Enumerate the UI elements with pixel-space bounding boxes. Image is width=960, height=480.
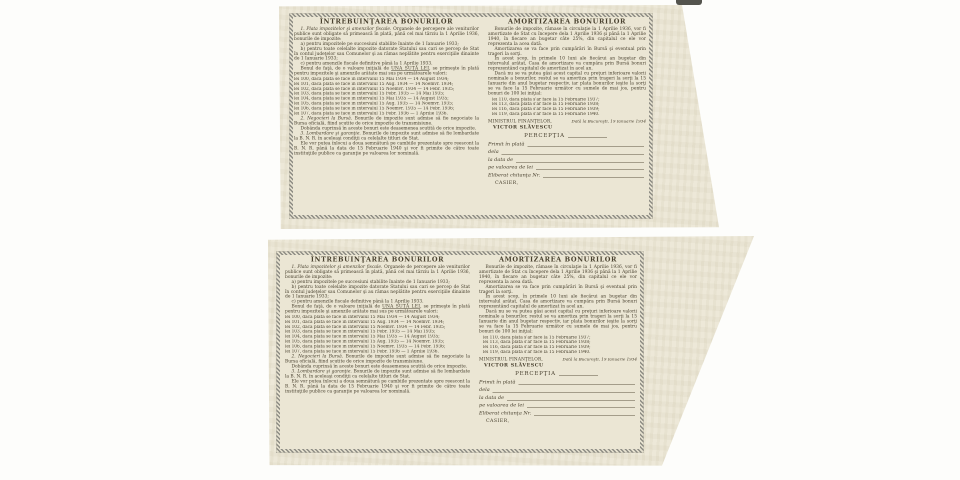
bond-document-bottom: ÎNTREBUINŢAREA BONURILOR 1. Plata impozi… [268,236,755,467]
paragraph-taxes: 1. Plata impozitelor şi amenzilor fiscal… [285,265,470,280]
paragraph-face-value: Bonul de faţă, de o valoare iniţială de … [294,67,479,77]
perceptia-header: PERCEPŢIA [488,132,643,139]
paragraph-amortization: Bonurile de impozite, rămase în circulaţ… [479,265,637,285]
form-blank-line [527,146,644,147]
paragraph-taxes: 1. Plata impozitelor şi amenzilor fiscal… [294,27,479,42]
amortization-column-title: AMORTIZAREA BONURILOR [488,18,646,26]
form-blank-line [536,169,644,170]
minister-title-label: MINISTRUL FINANŢELOR, [479,357,543,362]
amortization-column-title: AMORTIZAREA BONURILOR [479,256,637,264]
redemption-schedule: lei 110, dacă plata s'ar face la 15 Febr… [479,335,637,355]
form-blank-line [516,161,644,162]
perceptia-blank-line [568,136,607,137]
form-field-row: dela [479,386,637,394]
signature-row: MINISTRUL FINANŢELOR, Dată la Bucureşti,… [479,356,637,362]
form-field-row: Primit în plată [479,378,637,386]
bond-document-top: ÎNTREBUINŢAREA BONURILOR 1. Plata impozi… [279,5,719,229]
paragraph-lombard: 3. Lombardare şi garanţie. Bonurile de i… [294,132,479,142]
form-field-label: pe valoarea de lei [488,164,533,172]
usage-column-title: ÎNTREBUINŢAREA BONURILOR [285,256,470,264]
minister-signature: VICTOR SLĂVESCU [484,362,637,368]
form-field-row: Eliberat chitanţa Nr. [488,171,646,179]
form-field-label: dela [488,148,499,156]
issue-place-date: Dată la Bucureşti, 19 Ianuarie 1934 [563,356,637,361]
paragraph-face-value: Bonul de faţă, de o valoare iniţială de … [285,305,470,315]
form-field-label: Eliberat chitanţa Nr. [488,171,540,179]
perceptia-title: PERCEPŢIA [515,370,556,377]
paragraph-amortization: Bonurile de impozite, rămase în circulaţ… [488,27,646,47]
form-blank-line [527,407,635,408]
amortization-column: AMORTIZAREA BONURILOR Bonurile de impozi… [488,18,646,218]
usage-column: ÎNTREBUINŢAREA BONURILOR 1. Plata impozi… [294,18,479,218]
usage-column: ÎNTREBUINŢAREA BONURILOR 1. Plata impozi… [285,256,470,456]
form-blank-line [493,392,635,393]
form-field-label: la data de [488,156,513,164]
minister-signature: VICTOR SLĂVESCU [493,124,646,130]
issue-place-date: Dată la Bucureşti, 19 Ianuarie 1934 [572,118,646,123]
redemption-line: lei 119, dacă plata s'ar face la 15 Febr… [479,350,637,355]
form-field-row: Primit în plată [488,140,646,148]
form-field-label: dela [479,386,490,394]
redemption-schedule: lei 110, dacă plata s'ar face la 15 Febr… [488,97,646,117]
form-blank-line [543,177,644,178]
paragraph-item-b: b) pentru toate celelalte impozite dator… [285,285,470,300]
form-field-row: dela [488,148,646,156]
bond-text-area: ÎNTREBUINŢAREA BONURILOR 1. Plata impozi… [294,18,646,218]
form-field-row: la data de [488,156,646,164]
form-field-label: la data de [479,394,504,402]
form-blank-line [518,384,635,385]
payment-schedule: lei 100, dacă plata se face în intervalu… [294,77,479,116]
form-field-row: pe valoarea de lei [479,402,637,410]
paragraph-purchase-plan: În acest scop, în primele 10 luni ale fi… [488,57,646,72]
form-field-label: Primit în plată [479,378,515,386]
form-field-label: pe valoarea de lei [479,402,524,410]
perceptia-blank-line [559,374,598,375]
paragraph-item-b: b) pentru toate celelalte impozite dator… [294,47,479,62]
paragraph-drawings: Dacă nu se va putea găsi acest capital c… [479,310,637,335]
signature-row: MINISTRUL FINANŢELOR, Dată la Bucureşti,… [488,118,646,124]
amortization-column: AMORTIZAREA BONURILOR Bonurile de impozi… [479,256,637,456]
paragraph-lombard: 3. Lombardare şi garanţie. Bonurile de i… [285,370,470,380]
form-field-label: Eliberat chitanţa Nr. [479,409,531,417]
bond-text-area: ÎNTREBUINŢAREA BONURILOR 1. Plata impozi… [285,256,637,456]
form-field-label: Primit în plată [488,140,524,148]
form-blank-line [534,415,635,416]
form-field-row: pe valoarea de lei [488,164,646,172]
paragraph-drawings: Dacă nu se va putea găsi acest capital c… [488,72,646,97]
form-field-row: la data de [479,394,637,402]
minister-title-label: MINISTRUL FINANŢELOR, [488,119,552,124]
paragraph-guarantee: Ele vor putea înlocui a doua semnătură p… [294,141,479,156]
form-blank-line [502,154,644,155]
perceptia-header: PERCEPŢIA [479,370,634,377]
cashier-label: CASIER, [486,418,637,424]
cashier-label: CASIER, [495,180,646,186]
form-blank-line [507,399,635,400]
usage-column-title: ÎNTREBUINŢAREA BONURILOR [294,18,479,26]
form-field-row: Eliberat chitanţa Nr. [479,409,637,417]
paragraph-guarantee: Ele vor putea înlocui a doua semnătură p… [285,379,470,394]
redemption-line: lei 119, dacă plata s'ar face la 15 Febr… [488,112,646,117]
payment-schedule: lei 100, dacă plata se face în intervalu… [285,315,470,354]
paragraph-purchase-plan: În acest scop, în primele 10 luni ale fi… [479,295,637,310]
perceptia-title: PERCEPŢIA [524,132,565,139]
